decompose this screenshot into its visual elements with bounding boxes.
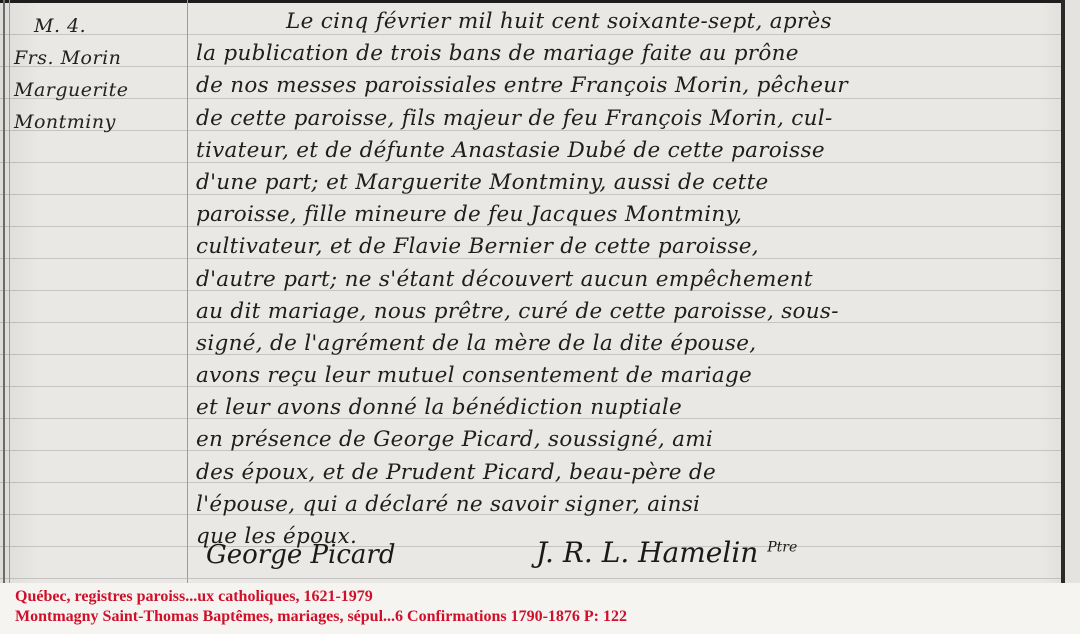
- left-border-line: [3, 0, 5, 583]
- text-line: Le cinq février mil huit cent soixante-s…: [196, 6, 1056, 38]
- entry-number: M. 4.: [14, 10, 184, 42]
- signatures: George Picard J. R. L. Hamelin Ptre: [196, 540, 1056, 583]
- top-border: [0, 0, 1080, 3]
- priest-signature: J. R. L. Hamelin Ptre: [536, 536, 797, 569]
- text-line: de nos messes paroissiales entre Françoi…: [196, 70, 1056, 102]
- priest-name: J. R. L. Hamelin: [536, 536, 758, 569]
- bride-last-name: Montminy: [14, 106, 184, 138]
- scanned-register-page[interactable]: M. 4. Frs. Morin Marguerite Montminy Le …: [0, 0, 1080, 583]
- text-line: d'une part; et Marguerite Montminy, auss…: [196, 167, 1056, 199]
- groom-name: Frs. Morin: [14, 42, 184, 74]
- adjacent-page-edge: [1065, 0, 1080, 583]
- margin-note: M. 4. Frs. Morin Marguerite Montminy: [14, 10, 184, 138]
- left-border-line-inner: [9, 0, 10, 583]
- text-line: la publication de trois bans de mariage …: [196, 38, 1056, 70]
- collection-title[interactable]: Québec, registres paroiss...ux catholiqu…: [15, 588, 373, 606]
- text-line: tivateur, et de défunte Anastasie Dubé d…: [196, 135, 1056, 167]
- text-line: signé, de l'agrément de la mère de la di…: [196, 328, 1056, 360]
- text-line: et leur avons donné la bénédiction nupti…: [196, 392, 1056, 424]
- text-line: au dit mariage, nous prêtre, curé de cet…: [196, 296, 1056, 328]
- text-line: en présence de George Picard, soussigné,…: [196, 424, 1056, 456]
- text-line: d'autre part; ne s'étant découvert aucun…: [196, 264, 1056, 296]
- priest-title: Ptre: [767, 540, 797, 556]
- text-line: des époux, et de Prudent Picard, beau-pè…: [196, 457, 1056, 489]
- text-line: de cette paroisse, fils majeur de feu Fr…: [196, 103, 1056, 135]
- record-image-viewer: M. 4. Frs. Morin Marguerite Montminy Le …: [0, 0, 1080, 634]
- marriage-record-text: Le cinq février mil huit cent soixante-s…: [196, 6, 1056, 553]
- image-caption: Québec, registres paroiss...ux catholiqu…: [0, 583, 1080, 634]
- bride-first-name: Marguerite: [14, 74, 184, 106]
- text-line: cultivateur, et de Flavie Bernier de cet…: [196, 231, 1056, 263]
- text-line: avons reçu leur mutuel consentement de m…: [196, 360, 1056, 392]
- margin-rule: [187, 0, 188, 583]
- record-set-title[interactable]: Montmagny Saint-Thomas Baptêmes, mariage…: [15, 608, 627, 626]
- text-line: l'épouse, qui a déclaré ne savoir signer…: [196, 489, 1056, 521]
- witness-signature: George Picard: [206, 540, 395, 570]
- text-line: paroisse, fille mineure de feu Jacques M…: [196, 199, 1056, 231]
